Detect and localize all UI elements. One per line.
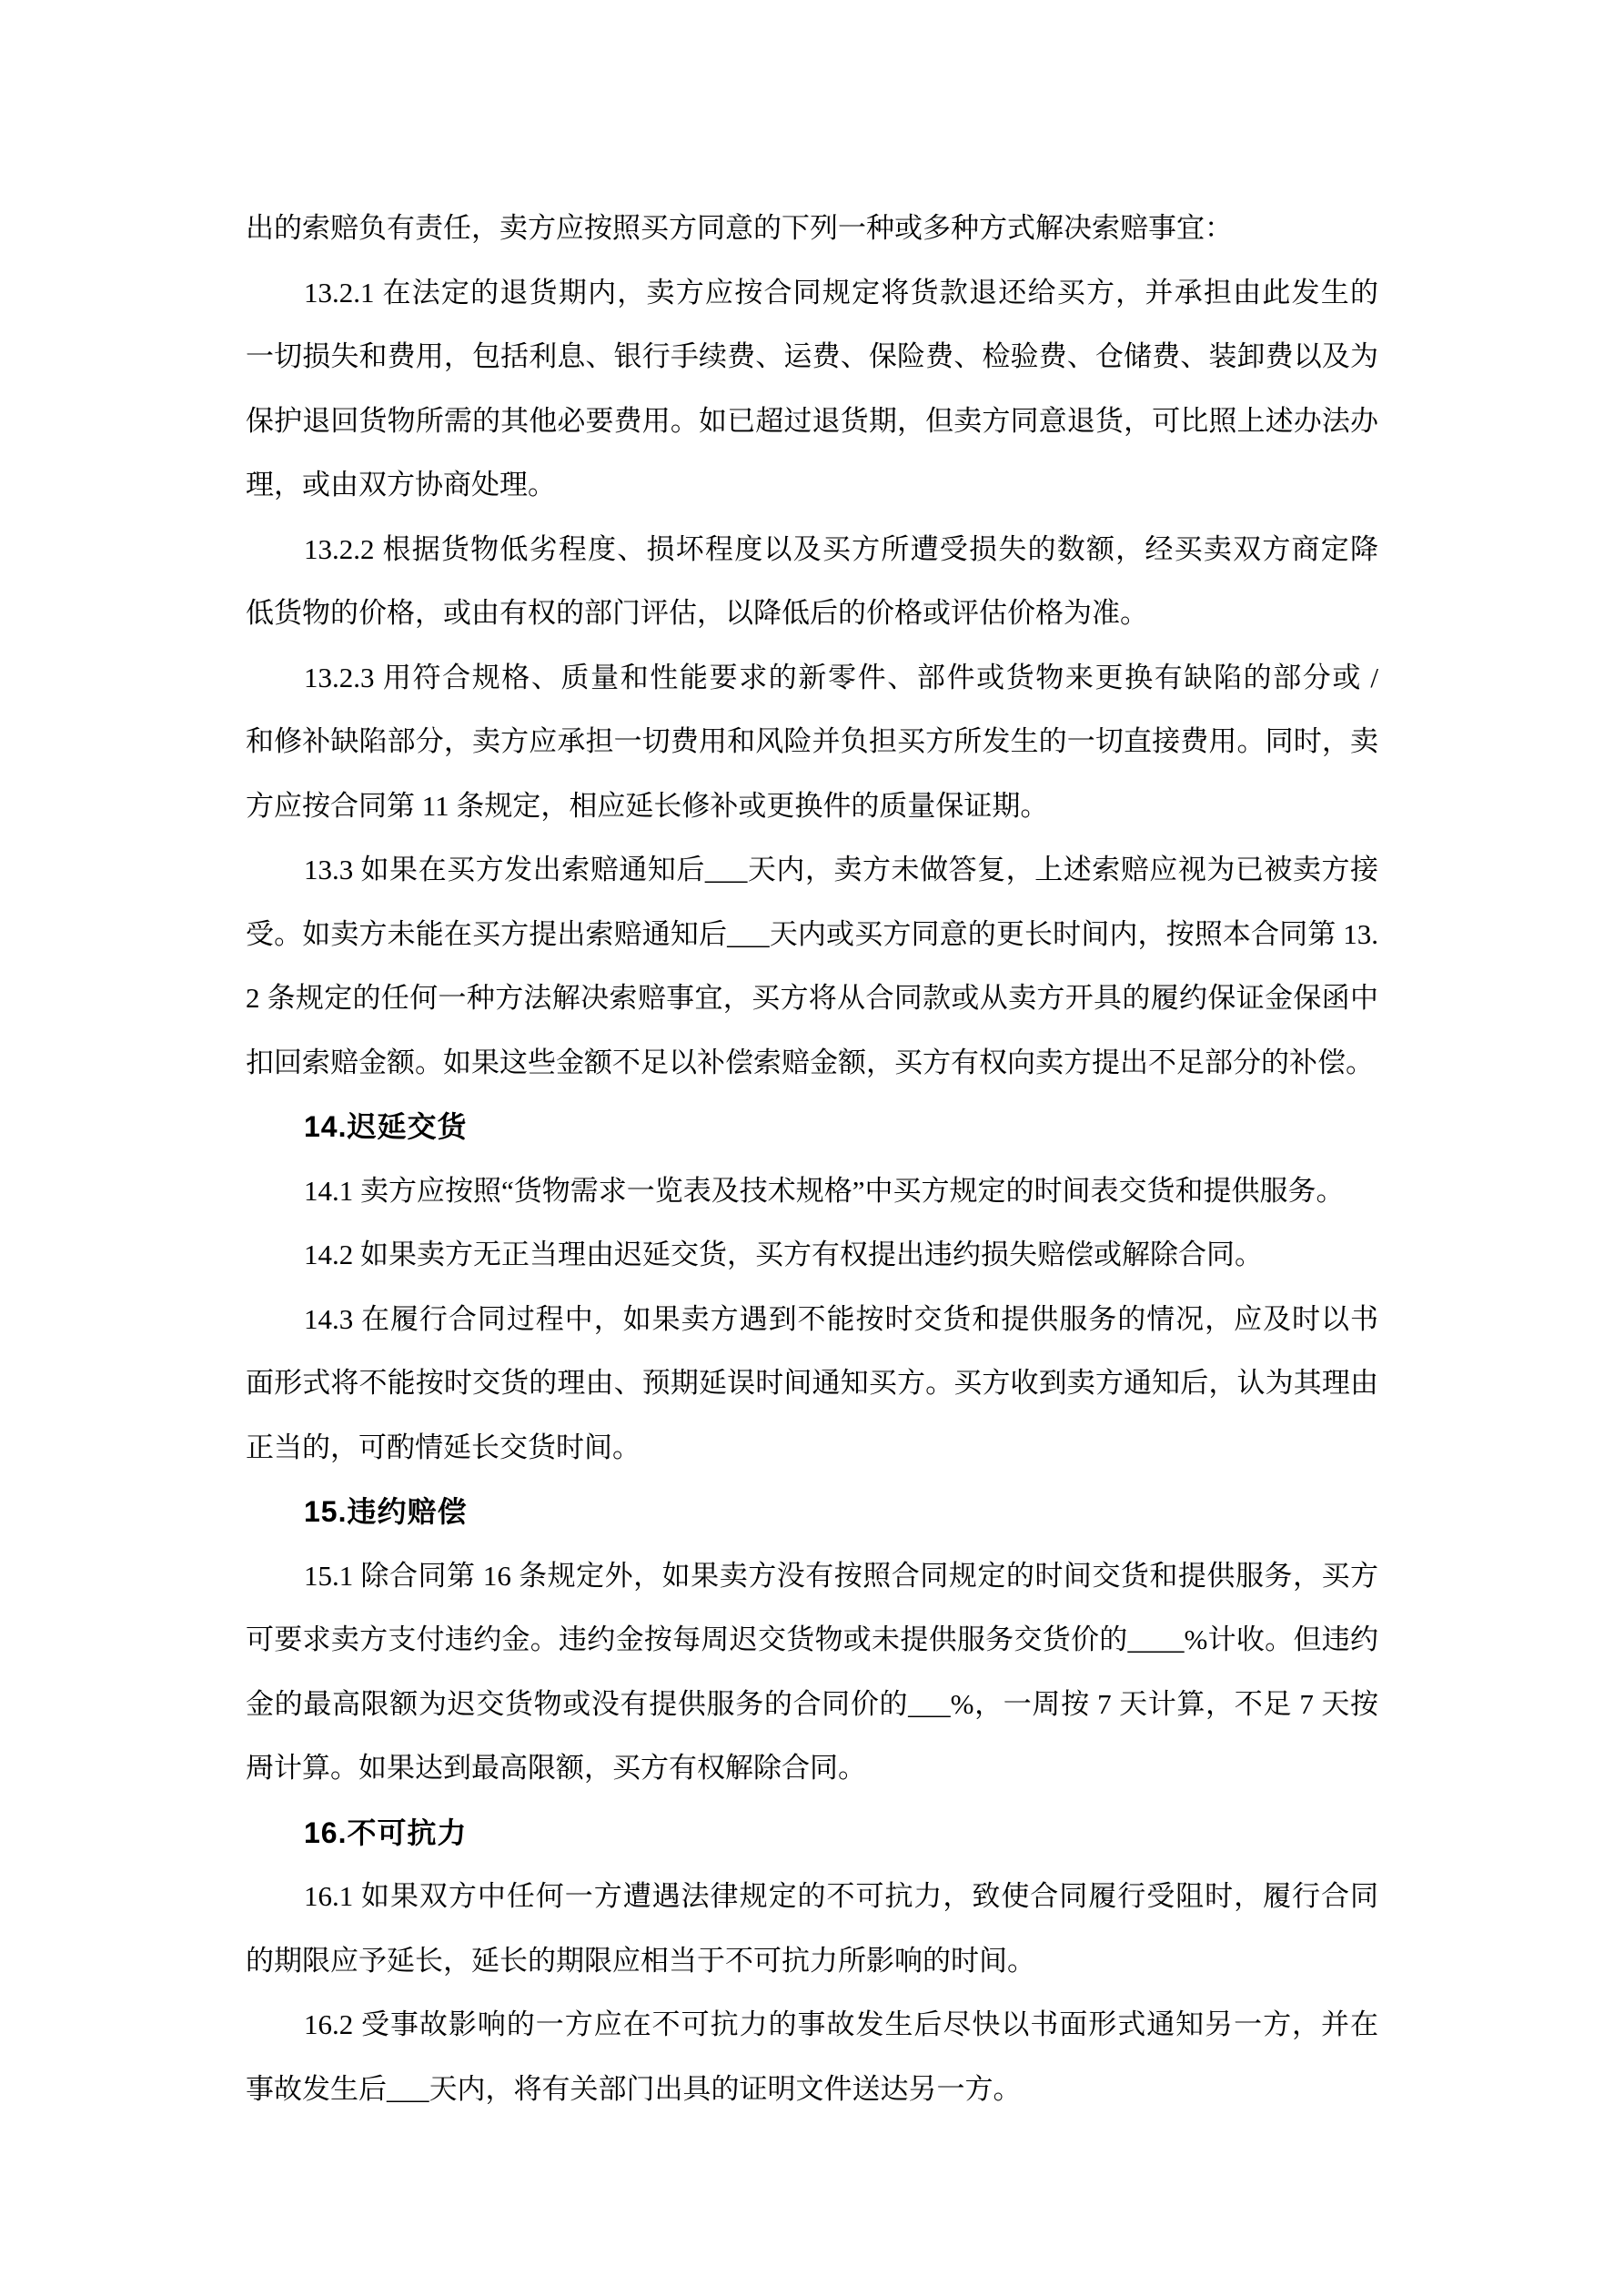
text-line: 14.2 如果卖方无正当理由迟延交货，买方有权提出违约损失赔偿或解除合同。 xyxy=(246,1223,1378,1288)
text-line: 16.1 如果双方中任何一方遭遇法律规定的不可抗力，致使合同履行受阻时，履行合同 xyxy=(246,1865,1378,1929)
text-line: 的期限应予延长，延长的期限应相当于不可抗力所影响的时间。 xyxy=(246,1929,1378,1994)
section-heading: 16.不可抗力 xyxy=(246,1801,1378,1866)
text-line: 正当的，可酌情延长交货时间。 xyxy=(246,1416,1378,1481)
text-line: 13.2.3 用符合规格、质量和性能要求的新零件、部件或货物来更换有缺陷的部分或… xyxy=(246,646,1378,711)
text-line: 低货物的价格，或由有权的部门评估，以降低后的价格或评估价格为准。 xyxy=(246,582,1378,646)
text-line: 14.3 在履行合同过程中，如果卖方遇到不能按时交货和提供服务的情况，应及时以书 xyxy=(246,1288,1378,1352)
text-line: 13.2.2 根据货物低劣程度、损坏程度以及买方所遭受损失的数额，经买卖双方商定… xyxy=(246,518,1378,582)
section-heading: 14.迟延交货 xyxy=(246,1095,1378,1159)
text-line: 扣回索赔金额。如果这些金额不足以补偿索赔金额，买方有权向卖方提出不足部分的补偿。 xyxy=(246,1031,1378,1096)
text-line: 受。如卖方未能在买方提出索赔通知后___天内或买方同意的更长时间内，按照本合同第… xyxy=(246,903,1378,967)
text-line: 面形式将不能按时交货的理由、预期延误时间通知买方。买方收到卖方通知后，认为其理由 xyxy=(246,1351,1378,1416)
text-line: 周计算。如果达到最高限额，买方有权解除合同。 xyxy=(246,1736,1378,1801)
text-line: 和修补缺陷部分，卖方应承担一切费用和风险并负担买方所发生的一切直接费用。同时，卖 xyxy=(246,710,1378,774)
text-line: 2 条规定的任何一种方法解决索赔事宜，买方将从合同款或从卖方开具的履约保证金保函… xyxy=(246,966,1378,1031)
text-line: 13.2.1 在法定的退货期内，卖方应按合同规定将货款退还给买方，并承担由此发生… xyxy=(246,261,1378,326)
text-line: 16.2 受事故影响的一方应在不可抗力的事故发生后尽快以书面形式通知另一方，并在 xyxy=(246,1993,1378,2058)
text-line: 一切损失和费用，包括利息、银行手续费、运费、保险费、检验费、仓储费、装卸费以及为 xyxy=(246,325,1378,389)
document-page: 出的索赔负有责任，卖方应按照买方同意的下列一种或多种方式解决索赔事宜：13.2.… xyxy=(0,0,1624,2296)
text-line: 方应按合同第 11 条规定，相应延长修补或更换件的质量保证期。 xyxy=(246,774,1378,839)
text-line: 13.3 如果在买方发出索赔通知后___天内，卖方未做答复，上述索赔应视为已被卖… xyxy=(246,838,1378,903)
text-line: 出的索赔负有责任，卖方应按照买方同意的下列一种或多种方式解决索赔事宜： xyxy=(246,197,1378,261)
text-line: 金的最高限额为迟交货物或没有提供服务的合同价的___%，一周按 7 天计算，不足… xyxy=(246,1673,1378,1737)
page-text: 出的索赔负有责任，卖方应按照买方同意的下列一种或多种方式解决索赔事宜：13.2.… xyxy=(246,197,1378,2121)
text-line: 14.1 卖方应按照“货物需求一览表及技术规格”中买方规定的时间表交货和提供服务… xyxy=(246,1159,1378,1224)
text-line: 可要求卖方支付违约金。违约金按每周迟交货物或未提供服务交货价的____%计收。但… xyxy=(246,1608,1378,1673)
text-line: 事故发生后___天内，将有关部门出具的证明文件送达另一方。 xyxy=(246,2058,1378,2122)
text-line: 保护退回货物所需的其他必要费用。如已超过退货期，但卖方同意退货，可比照上述办法办 xyxy=(246,389,1378,454)
text-line: 15.1 除合同第 16 条规定外，如果卖方没有按照合同规定的时间交货和提供服务… xyxy=(246,1544,1378,1609)
text-line: 理，或由双方协商处理。 xyxy=(246,453,1378,518)
section-heading: 15.违约赔偿 xyxy=(246,1480,1378,1544)
